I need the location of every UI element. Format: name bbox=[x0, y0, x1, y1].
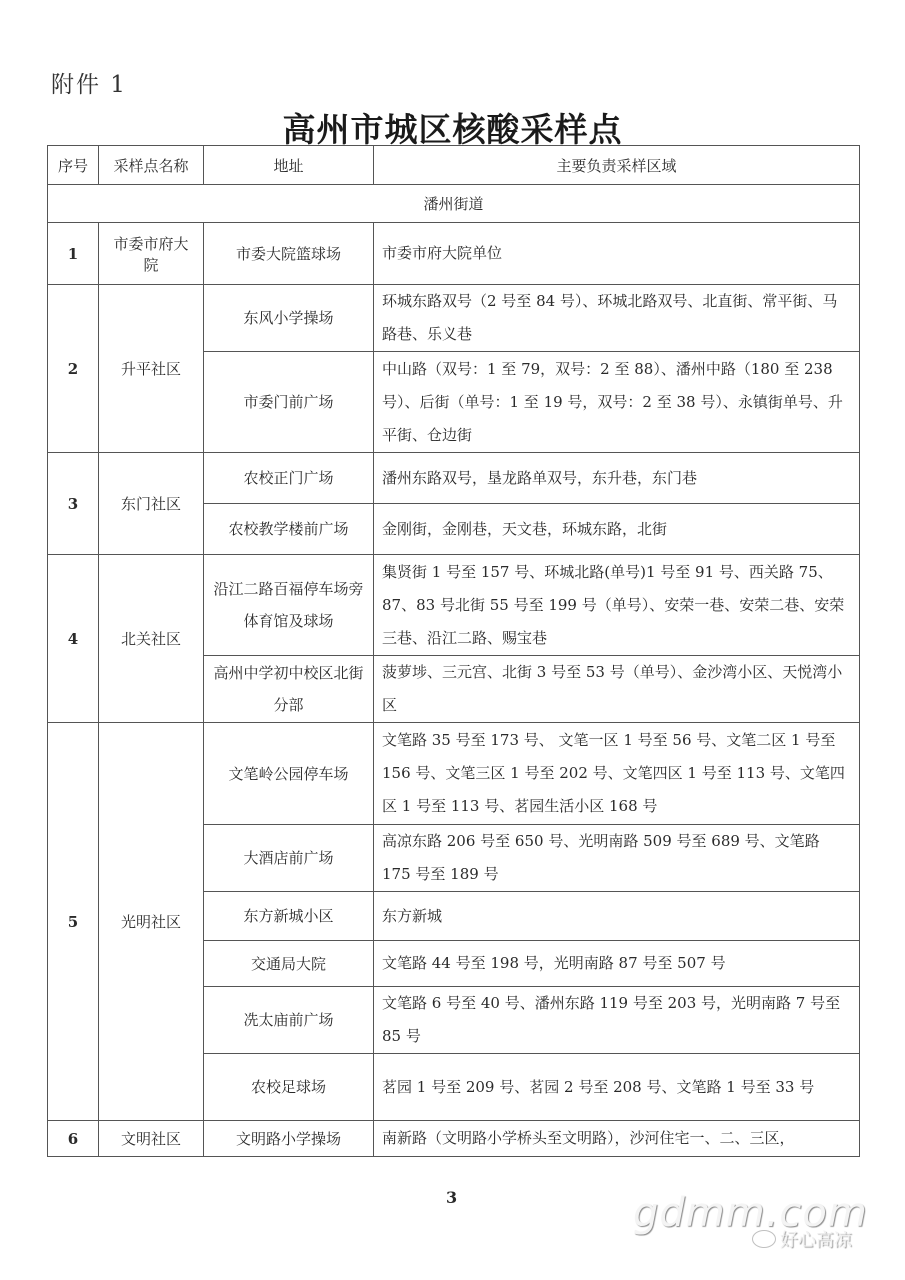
community-name: 光明社区 bbox=[99, 723, 204, 1121]
page-title: 高州市城区核酸采样点 bbox=[0, 104, 905, 151]
site-area: 文笔路 44 号至 198 号，光明南路 87 号至 507 号 bbox=[374, 941, 860, 987]
row-number: 5 bbox=[48, 723, 99, 1121]
section-row: 潘州街道 bbox=[48, 185, 860, 223]
community-name: 北关社区 bbox=[99, 555, 204, 723]
site-area: 高凉东路 206 号至 650 号、光明南路 509 号至 689 号、文笔路 … bbox=[374, 825, 860, 892]
community-name: 市委市府大院 bbox=[99, 223, 204, 285]
site-address: 农校正门广场 bbox=[204, 453, 374, 504]
site-area: 潘州东路双号，垦龙路单双号，东升巷，东门巷 bbox=[374, 453, 860, 504]
site-area: 南新路（文明路小学桥头至文明路），沙河住宅一、二、三区， bbox=[374, 1121, 860, 1157]
site-address: 东风小学操场 bbox=[204, 285, 374, 352]
site-address: 冼太庙前广场 bbox=[204, 987, 374, 1054]
sampling-points-table: 序号 采样点名称 地址 主要负责采样区域 潘州街道 1 市委市府大院 市委大院篮… bbox=[47, 145, 860, 1157]
header-site-name: 采样点名称 bbox=[99, 146, 204, 185]
site-area: 市委市府大院单位 bbox=[374, 223, 860, 285]
table-row: 2 升平社区 东风小学操场 环城东路双号（2 号至 84 号）、环城北路双号、北… bbox=[48, 285, 860, 352]
table-header-row: 序号 采样点名称 地址 主要负责采样区域 bbox=[48, 146, 860, 185]
site-area: 文笔路 35 号至 173 号、 文笔一区 1 号至 56 号、文笔二区 1 号… bbox=[374, 723, 860, 825]
site-address: 农校教学楼前广场 bbox=[204, 504, 374, 555]
table-row: 5 光明社区 文笔岭公园停车场 文笔路 35 号至 173 号、 文笔一区 1 … bbox=[48, 723, 860, 825]
watermark-account-label: 好心高凉 bbox=[780, 1226, 852, 1252]
site-area: 文笔路 6 号至 40 号、潘州东路 119 号至 203 号，光明南路 7 号… bbox=[374, 987, 860, 1054]
site-address: 文笔岭公园停车场 bbox=[204, 723, 374, 825]
site-address: 沿江二路百福停车场旁体育馆及球场 bbox=[204, 555, 374, 656]
site-area: 东方新城 bbox=[374, 892, 860, 941]
table-row: 3 东门社区 农校正门广场 潘州东路双号，垦龙路单双号，东升巷，东门巷 bbox=[48, 453, 860, 504]
site-area: 菠萝埗、三元宫、北街 3 号至 53 号（单号）、金沙湾小区、天悦湾小区 bbox=[374, 656, 860, 723]
row-number: 6 bbox=[48, 1121, 99, 1157]
header-address: 地址 bbox=[204, 146, 374, 185]
community-name: 文明社区 bbox=[99, 1121, 204, 1157]
row-number: 1 bbox=[48, 223, 99, 285]
site-area: 集贤街 1 号至 157 号、环城北路(单号)1 号至 91 号、西关路 75、… bbox=[374, 555, 860, 656]
header-area: 主要负责采样区域 bbox=[374, 146, 860, 185]
watermark-account: 好心高凉 bbox=[752, 1226, 852, 1252]
site-area: 环城东路双号（2 号至 84 号）、环城北路双号、北直街、常平街、马路巷、乐义巷 bbox=[374, 285, 860, 352]
wechat-icon bbox=[752, 1230, 776, 1248]
community-name: 升平社区 bbox=[99, 285, 204, 453]
site-address: 文明路小学操场 bbox=[204, 1121, 374, 1157]
site-address: 大酒店前广场 bbox=[204, 825, 374, 892]
site-area: 茗园 1 号至 209 号、茗园 2 号至 208 号、文笔路 1 号至 33 … bbox=[374, 1054, 860, 1121]
site-area: 金刚街，金刚巷，天文巷，环城东路，北街 bbox=[374, 504, 860, 555]
table-row: 1 市委市府大院 市委大院篮球场 市委市府大院单位 bbox=[48, 223, 860, 285]
site-address: 交通局大院 bbox=[204, 941, 374, 987]
header-no: 序号 bbox=[48, 146, 99, 185]
site-address: 市委大院篮球场 bbox=[204, 223, 374, 285]
community-name: 东门社区 bbox=[99, 453, 204, 555]
row-number: 2 bbox=[48, 285, 99, 453]
page-number: 3 bbox=[446, 1188, 457, 1207]
site-address: 市委门前广场 bbox=[204, 352, 374, 453]
section-title: 潘州街道 bbox=[48, 185, 860, 223]
row-number: 4 bbox=[48, 555, 99, 723]
site-area: 中山路（双号：1 至 79，双号：2 至 88）、潘州中路（180 至 238 … bbox=[374, 352, 860, 453]
table-row: 6 文明社区 文明路小学操场 南新路（文明路小学桥头至文明路），沙河住宅一、二、… bbox=[48, 1121, 860, 1157]
site-address: 东方新城小区 bbox=[204, 892, 374, 941]
site-address: 农校足球场 bbox=[204, 1054, 374, 1121]
attachment-label: 附件 1 bbox=[51, 66, 127, 99]
site-address: 高州中学初中校区北街分部 bbox=[204, 656, 374, 723]
row-number: 3 bbox=[48, 453, 99, 555]
table-row: 4 北关社区 沿江二路百福停车场旁体育馆及球场 集贤街 1 号至 157 号、环… bbox=[48, 555, 860, 656]
